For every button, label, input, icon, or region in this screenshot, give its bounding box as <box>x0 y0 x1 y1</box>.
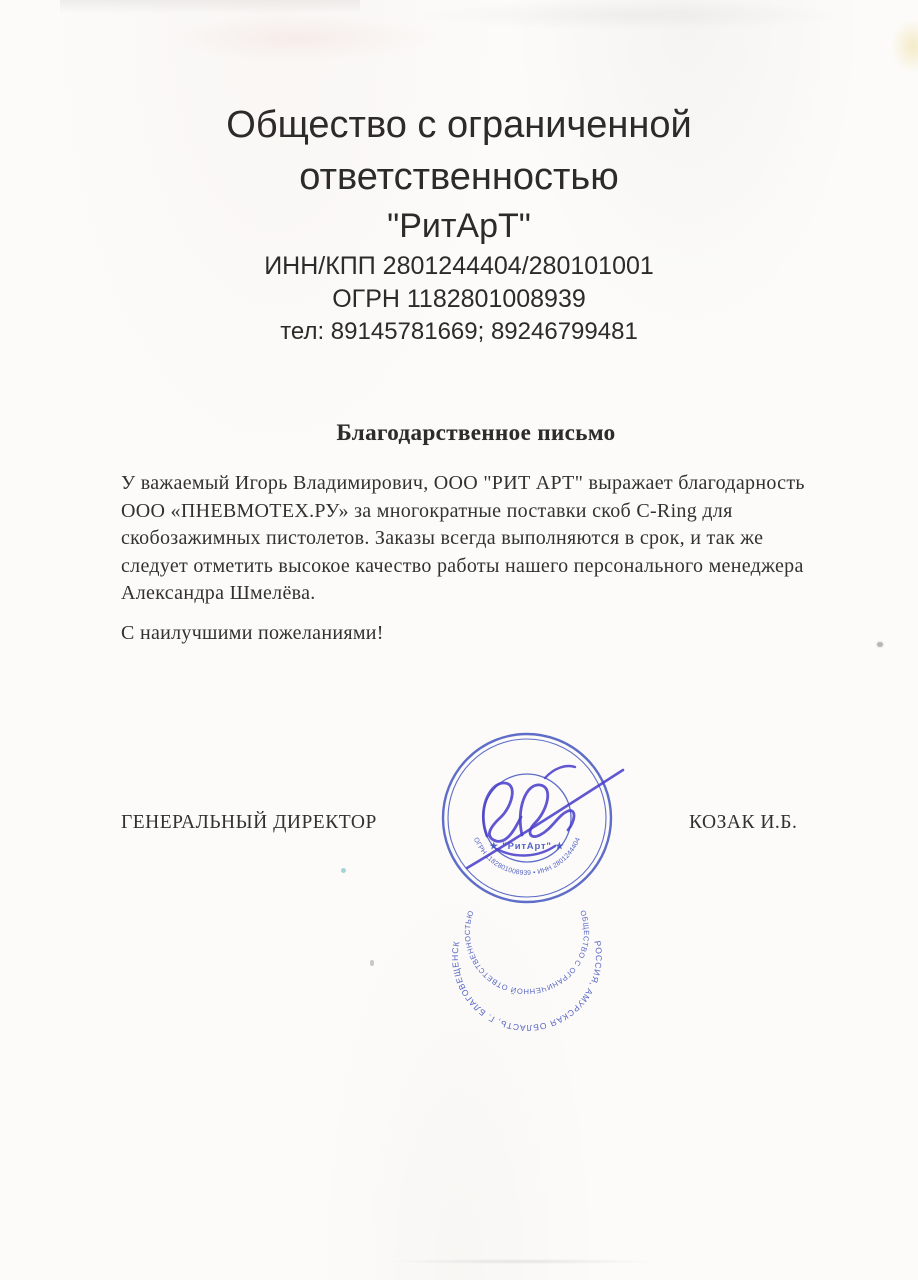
org-short-name: "РитАрТ" <box>0 203 918 250</box>
director-signature <box>467 766 623 868</box>
scan-speck <box>341 868 346 873</box>
scan-smudge <box>60 0 360 14</box>
org-name-line2: ответственностью <box>0 152 918 203</box>
letter-closing: С наилучшими пожеланиями! <box>121 622 384 645</box>
scan-speck <box>877 642 883 647</box>
org-inn-kpp: ИНН/КПП 2801244404/280101001 <box>0 250 918 283</box>
letter-body-line: Александра Шмелёва. <box>121 580 881 608</box>
scan-edge-artifact <box>892 20 918 72</box>
letterhead: Общество с ограниченной ответственностью… <box>0 98 918 348</box>
letter-title: Благодарственное письмо <box>120 420 832 446</box>
stamp-svg: РОССИЯ, АМУРСКАЯ ОБЛАСТЬ, Г. БЛАГОВЕЩЕНС… <box>427 718 627 918</box>
signature-stroke <box>520 785 574 837</box>
signature-stroke <box>545 766 575 778</box>
letter-body-line: У важаемый Игорь Владимирович, ООО "РИТ … <box>121 470 881 498</box>
svg-text:ОБЩЕСТВО С ОГРАНИЧЕННОЙ ОТВЕТС: ОБЩЕСТВО С ОГРАНИЧЕННОЙ ОТВЕТСТВЕННОСТЬЮ <box>463 909 591 996</box>
signer-name: КОЗАК И.Б. <box>689 812 797 834</box>
signer-position: ГЕНЕРАЛЬНЫЙ ДИРЕКТОР <box>121 812 377 834</box>
org-name-line1: Общество с ограниченной <box>0 98 918 152</box>
stamp-middle-ring-text: ОБЩЕСТВО С ОГРАНИЧЕННОЙ ОТВЕТСТВЕННОСТЬЮ <box>463 909 591 996</box>
scan-smudge <box>160 14 440 62</box>
company-stamp: РОССИЯ, АМУРСКАЯ ОБЛАСТЬ, Г. БЛАГОВЕЩЕНС… <box>427 718 627 918</box>
letter-body: У важаемый Игорь Владимирович, ООО "РИТ … <box>121 470 881 608</box>
signature-stroke <box>467 770 623 868</box>
scan-streak <box>390 1259 650 1264</box>
org-phone: тел: 89145781669; 89246799481 <box>0 316 918 348</box>
scanned-letter-page: Общество с ограниченной ответственностью… <box>0 0 918 1280</box>
letter-body-line: следует отметить высокое качество работы… <box>121 553 881 581</box>
letter-body-line: скобозажимных пистолетов. Заказы всегда … <box>121 525 881 553</box>
letter-body-line: ООО «ПНЕВМОТЕХ.РУ» за многократные поста… <box>121 498 881 526</box>
org-ogrn: ОГРН 1182801008939 <box>0 283 918 316</box>
signature-stroke <box>483 783 521 841</box>
scan-smudge <box>420 0 840 30</box>
scan-speck <box>370 960 374 966</box>
